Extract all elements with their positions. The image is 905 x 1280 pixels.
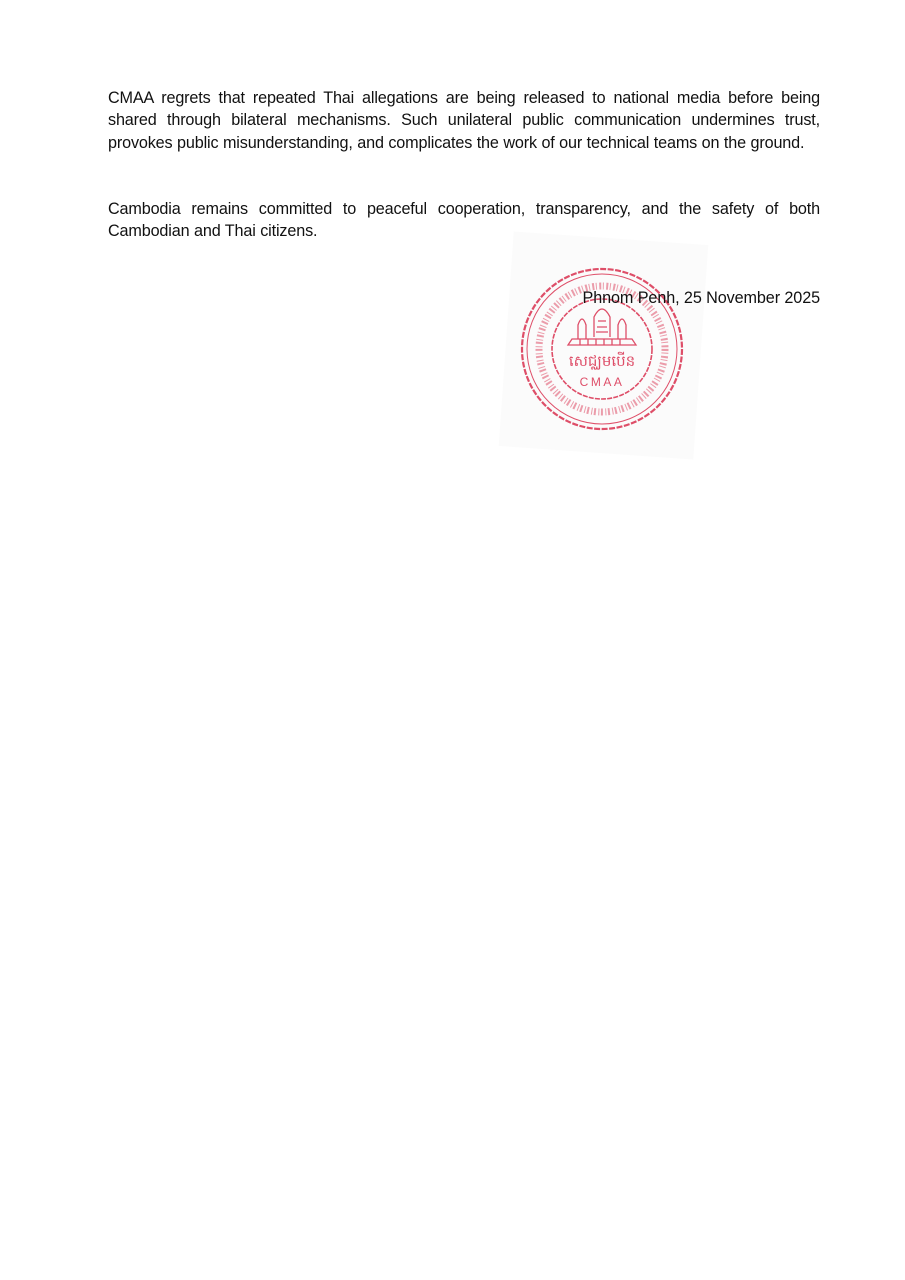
stamp-acronym: CMAA [580, 375, 625, 389]
place-and-date: Phnom Penh, 25 November 2025 [583, 287, 820, 309]
stamp-khmer-text: សេជ្ឈមបើន [569, 351, 635, 370]
body-paragraph-allegations: CMAA regrets that repeated Thai allegati… [108, 87, 820, 154]
body-paragraph-commitment: Cambodia remains committed to peaceful c… [108, 198, 820, 243]
angkor-temple-icon [568, 309, 636, 345]
document-page: CMAA regrets that repeated Thai allegati… [0, 0, 905, 1280]
